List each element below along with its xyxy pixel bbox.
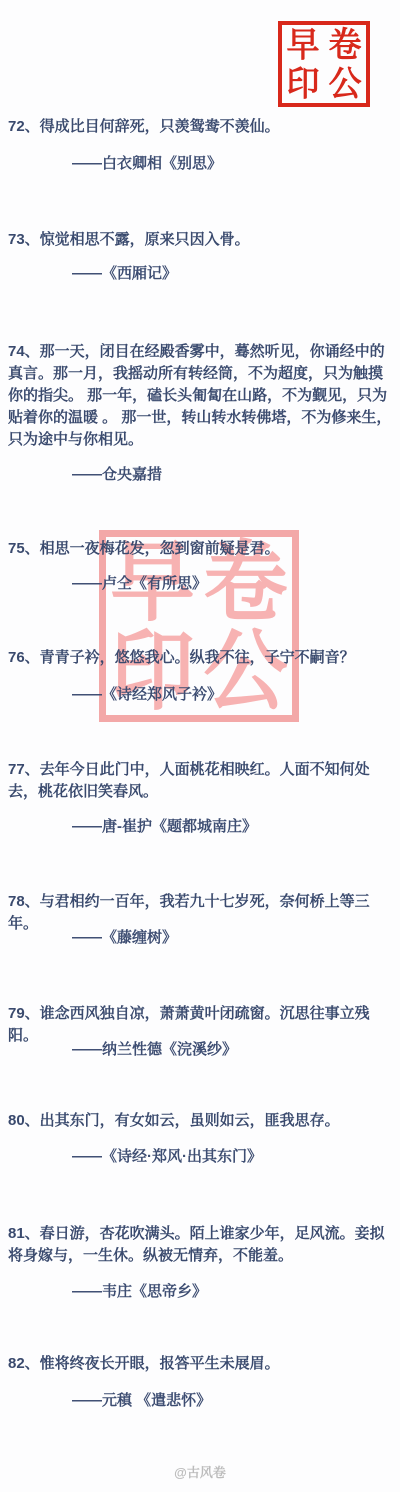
quote-text-74: 74、那一天，闭目在经殿香雾中，蓦然听见，你诵经中的真言。那一月，我摇动所有转经… [8, 341, 395, 451]
quote-attribution-76: ——《诗经郑风子衿》 [72, 684, 395, 706]
quote-attribution-77: ——唐-崔护《题都城南庄》 [72, 816, 395, 838]
quote-text-80: 80、出其东门，有女如云，虽则如云，匪我思存。 [8, 1110, 395, 1132]
quote-attribution-74: ——仓央嘉措 [72, 464, 395, 486]
quote-text-77: 77、去年今日此门中，人面桃花相映红。人面不知何处去，桃花依旧笑春风。 [8, 759, 395, 803]
quote-list-image: 早 卷 印 公 早 卷 印 公 72、得成比目何辞死，只羡鸳鸯不羡仙。 ——白衣… [0, 0, 400, 1492]
quote-text-81: 81、春日游，杏花吹满头。陌上谁家少年，足风流。妾拟将身嫁与，一生休。纵被无情弃… [8, 1223, 395, 1267]
quote-text-75: 75、相思一夜梅花发，忽到窗前疑是君。 [8, 538, 395, 560]
quote-attribution-79: ——纳兰性德《浣溪纱》 [72, 1039, 395, 1061]
quote-attribution-78: ——《藤缠树》 [72, 927, 395, 949]
seal-char: 早 [282, 24, 324, 65]
quote-attribution-75: ——卢仝《有所思》 [72, 573, 395, 595]
seal-char: 公 [324, 63, 366, 104]
quote-text-82: 82、惟将终夜长开眼，报答平生未展眉。 [8, 1353, 395, 1375]
quote-attribution-80: ——《诗经·郑风·出其东门》 [72, 1146, 395, 1168]
quote-attribution-72: ——白衣卿相《别思》 [72, 153, 395, 175]
red-seal-stamp: 早 卷 印 公 [278, 21, 370, 107]
quote-attribution-73: ——《西厢记》 [72, 263, 395, 285]
seal-char: 卷 [324, 24, 366, 65]
seal-char: 印 [282, 63, 324, 104]
quote-text-76: 76、青青子衿，悠悠我心。纵我不往，子宁不嗣音？ [8, 647, 395, 669]
quote-attribution-81: ——韦庄《思帝乡》 [72, 1281, 395, 1303]
credit-watermark: @古风卷 [0, 1462, 400, 1481]
quote-text-73: 73、惊觉相思不露，原来只因入骨。 [8, 229, 395, 251]
quote-attribution-82: ——元稹 《遣悲怀》 [72, 1390, 395, 1412]
quote-text-72: 72、得成比目何辞死，只羡鸳鸯不羡仙。 [8, 116, 395, 138]
